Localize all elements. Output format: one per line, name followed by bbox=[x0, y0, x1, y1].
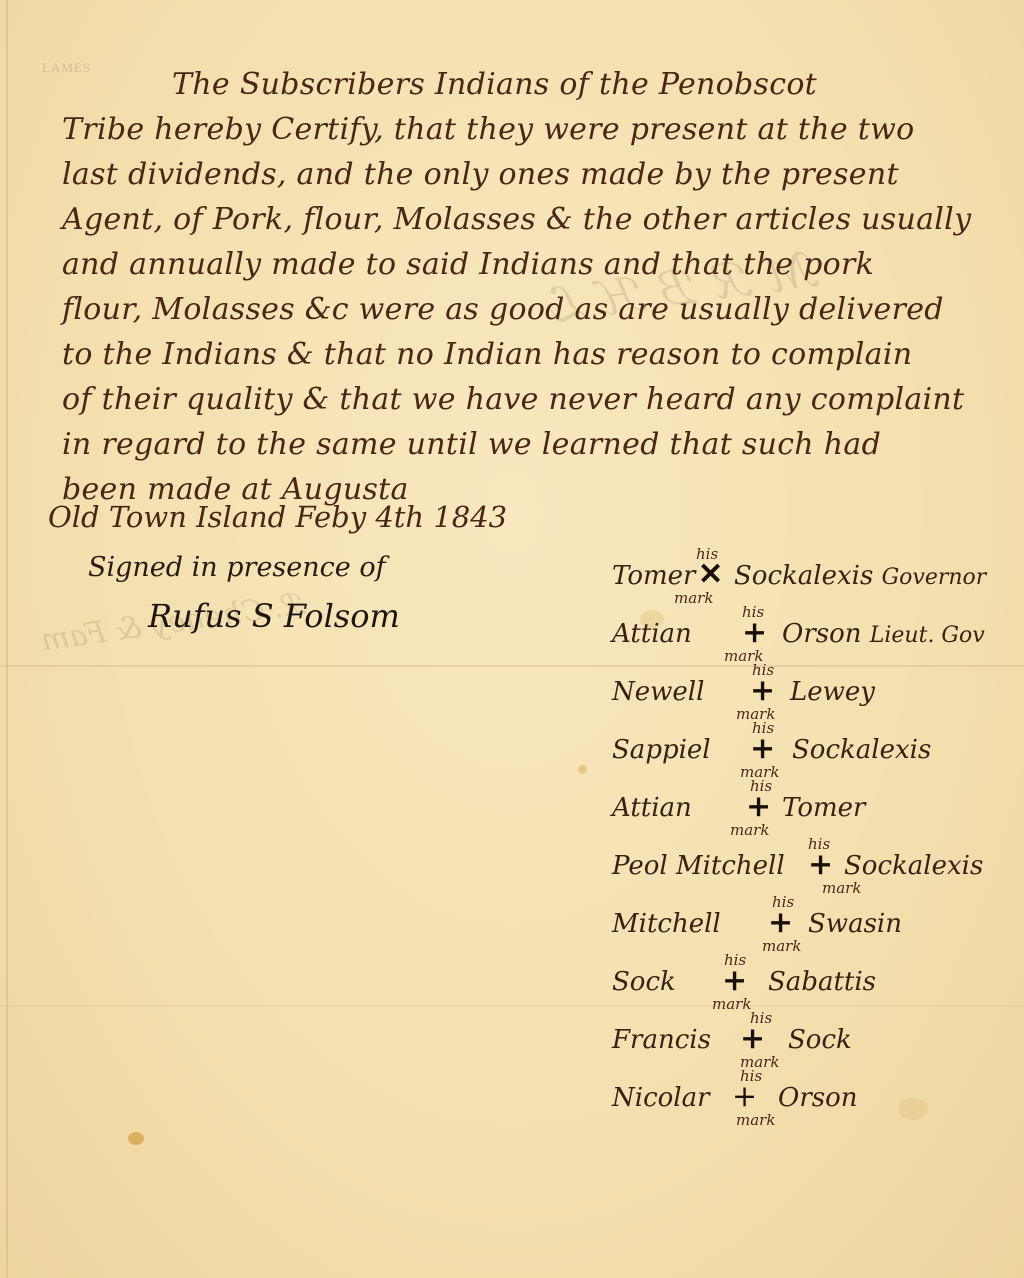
body-line: last dividends, and the only ones made b… bbox=[62, 152, 1012, 197]
signatory-last-name: Tomer bbox=[782, 793, 865, 823]
cross-mark-icon: + bbox=[746, 789, 771, 824]
signatory-entry: Mitchell his + mark Swasin bbox=[612, 893, 1012, 951]
signatory-title: Lieut. Gov bbox=[870, 623, 985, 648]
signatory-entry: Attian his + mark Orson Lieut. Gov bbox=[612, 603, 1012, 661]
signatory-entry: Sock his + mark Sabattis bbox=[612, 951, 1012, 1009]
stain-spot bbox=[128, 1132, 144, 1145]
body-line: Agent, of Pork, flour, Molasses & the ot… bbox=[62, 197, 1012, 242]
cross-mark-icon: + bbox=[768, 905, 793, 940]
cross-mark-icon: + bbox=[722, 963, 747, 998]
body-line: to the Indians & that no Indian has reas… bbox=[62, 332, 1012, 377]
cross-mark-icon: + bbox=[750, 673, 775, 708]
signatory-entry: Peol Mitchell his + mark Sockalexis bbox=[612, 835, 1012, 893]
signatory-first-name: Tomer bbox=[612, 561, 695, 591]
cross-mark-icon: + bbox=[750, 731, 775, 766]
signatory-first-name: Attian bbox=[612, 619, 692, 649]
dateline: Old Town Island Feby 4th 1843 bbox=[48, 500, 507, 534]
cross-mark-icon: + bbox=[740, 1021, 765, 1056]
mark-label: mark bbox=[736, 1111, 775, 1129]
signatory-entry: Nicolar his + mark Orson bbox=[612, 1067, 1012, 1125]
signatory-entry: Sappiel his + mark Sockalexis bbox=[612, 719, 1012, 777]
signatory-last-name: Swasin bbox=[808, 909, 902, 939]
signatory-first-name: Mitchell bbox=[612, 909, 721, 939]
signatory-first-name: Peol Mitchell bbox=[612, 851, 785, 881]
paper-edge bbox=[6, 0, 8, 1278]
signatory-entry: Newell his + mark Lewey bbox=[612, 661, 1012, 719]
signatory-last-name: Sockalexis bbox=[792, 735, 931, 765]
cross-mark-icon: + bbox=[742, 615, 767, 650]
document-page: LAMES ℛ. Cheney & Fam ℳ ℛ ℬ ℋ ℒ The Subs… bbox=[0, 0, 1024, 1278]
signatory-first-name: Nicolar bbox=[612, 1083, 710, 1113]
body-line: in regard to the same until we learned t… bbox=[62, 422, 1012, 467]
signatory-first-name: Attian bbox=[612, 793, 692, 823]
cross-mark-icon: + bbox=[732, 1079, 757, 1114]
signatory-last-name: Sockalexis Governor bbox=[734, 561, 986, 591]
cross-mark-icon: + bbox=[808, 847, 833, 882]
signatory-list: Tomer his ✕ mark Sockalexis Governor Att… bbox=[612, 545, 1012, 1125]
signatory-last-name: Sock bbox=[788, 1025, 852, 1055]
x-mark-icon: ✕ bbox=[698, 557, 723, 592]
signatory-last-name: Sockalexis bbox=[844, 851, 983, 881]
body-line: and annually made to said Indians and th… bbox=[62, 242, 1012, 287]
certificate-body: The Subscribers Indians of the Penobscot… bbox=[62, 62, 1012, 512]
signatory-entry: Attian his + mark Tomer bbox=[612, 777, 1012, 835]
body-line: Tribe hereby Certify, that they were pre… bbox=[62, 107, 1012, 152]
signatory-last-name: Lewey bbox=[790, 677, 875, 707]
signatory-last-name: Sabattis bbox=[768, 967, 876, 997]
signatory-first-name: Newell bbox=[612, 677, 704, 707]
body-line: flour, Molasses &c were as good as are u… bbox=[62, 287, 1012, 332]
signatory-first-name: Sappiel bbox=[612, 735, 711, 765]
signatory-last-name: Orson bbox=[778, 1083, 858, 1113]
body-line: of their quality & that we have never he… bbox=[62, 377, 1012, 422]
witness-signature: Rufus S Folsom bbox=[148, 597, 400, 635]
signatory-first-name: Sock bbox=[612, 967, 676, 997]
stain-spot bbox=[578, 765, 587, 774]
signatory-last-name: Orson Lieut. Gov bbox=[782, 619, 985, 649]
signatory-entry: Francis his + mark Sock bbox=[612, 1009, 1012, 1067]
witness-label: Signed in presence of bbox=[88, 552, 386, 583]
signatory-title: Governor bbox=[882, 565, 987, 590]
body-line: The Subscribers Indians of the Penobscot bbox=[62, 62, 1012, 107]
signatory-first-name: Francis bbox=[612, 1025, 711, 1055]
signatory-entry: Tomer his ✕ mark Sockalexis Governor bbox=[612, 545, 1012, 603]
